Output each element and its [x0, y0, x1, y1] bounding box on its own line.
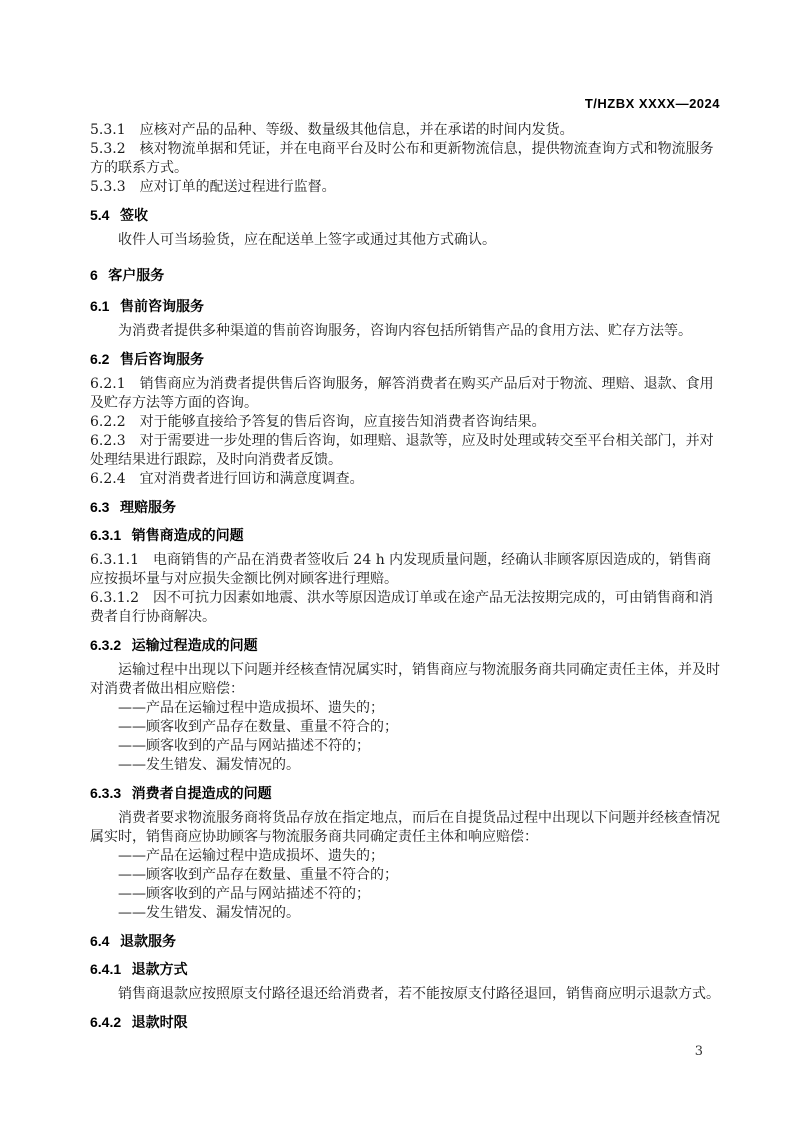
list-item: ——产品在运输过程中造成损坏、遗失的；: [90, 699, 720, 718]
clause-number: 6.3.1.2: [90, 590, 139, 606]
doc-code-header: T/HZBX XXXX—2024: [90, 96, 720, 112]
list-item: ——顾客收到的产品与网站描述不符的；: [90, 885, 720, 904]
heading-text: 签收: [120, 207, 148, 223]
clause-text: 应对订单的配送过程进行监督。: [140, 179, 336, 195]
list-item: ——发生错发、漏发情况的。: [90, 904, 720, 923]
para-5-4: 收件人可当场验货，应在配送单上签字或通过其他方式确认。: [90, 231, 720, 250]
heading-6-4-1: 6.4.1退款方式: [90, 960, 720, 979]
heading-6-3-2: 6.3.2运输过程造成的问题: [90, 636, 720, 655]
clause-6-3-1-2: 6.3.1.2因不可抗力因素如地震、洪水等原因造成订单或在途产品无法按期完成的，…: [90, 589, 720, 627]
para-6-3-3: 消费者要求物流服务商将货品存放在指定地点，而后在自提货品过程中出现以下问题并经核…: [90, 809, 720, 847]
heading-text: 客户服务: [108, 267, 164, 283]
clause-6-2-1: 6.2.1销售商应为消费者提供售后咨询服务，解答消费者在购买产品后对于物流、理赔…: [90, 375, 720, 413]
clause-number: 5.3.1: [90, 122, 126, 138]
heading-text: 退款时限: [132, 1014, 188, 1030]
clause-6-2-4: 6.2.4宜对消费者进行回访和满意度调查。: [90, 470, 720, 489]
heading-number: 6.3: [90, 499, 109, 515]
clause-number: 5.3.2: [90, 141, 126, 157]
heading-6-1: 6.1售前咨询服务: [90, 297, 720, 316]
heading-text: 理赔服务: [120, 499, 176, 515]
heading-text: 退款方式: [132, 961, 188, 977]
heading-number: 6.3.2: [90, 637, 121, 653]
clause-5-3-2: 5.3.2核对物流单据和凭证，并在电商平台及时公布和更新物流信息，提供物流查询方…: [90, 140, 720, 178]
para-6-3-2: 运输过程中出现以下问题并经核查情况属实时，销售商应与物流服务商共同确定责任主体，…: [90, 661, 720, 699]
heading-number: 6.3.3: [90, 785, 121, 801]
clause-6-2-3: 6.2.3对于需要进一步处理的售后咨询，如理赔、退款等，应及时处理或转交至平台相…: [90, 432, 720, 470]
clause-text: 电商销售的产品在消费者签收后 24 h 内发现质量问题，经确认非顾客原因造成的，…: [90, 552, 711, 587]
heading-6-4: 6.4退款服务: [90, 932, 720, 951]
clause-text: 销售商应为消费者提供售后咨询服务，解答消费者在购买产品后对于物流、理赔、退款、食…: [90, 376, 714, 411]
heading-number: 6.4.2: [90, 1014, 121, 1030]
heading-text: 运输过程造成的问题: [132, 637, 258, 653]
clause-text: 对于需要进一步处理的售后咨询，如理赔、退款等，应及时处理或转交至平台相关部门，并…: [90, 433, 714, 468]
list-item: ——顾客收到产品存在数量、重量不符合的；: [90, 866, 720, 885]
heading-6-3: 6.3理赔服务: [90, 498, 720, 517]
clause-text: 宜对消费者进行回访和满意度调查。: [140, 471, 364, 487]
heading-text: 退款服务: [120, 933, 176, 949]
heading-6: 6客户服务: [90, 266, 720, 285]
clause-number: 6.2.1: [90, 376, 126, 392]
clause-text: 因不可抗力因素如地震、洪水等原因造成订单或在途产品无法按期完成的，可由销售商和消…: [90, 590, 713, 625]
heading-number: 6.2: [90, 351, 109, 367]
heading-number: 6.4.1: [90, 961, 121, 977]
clause-number: 5.3.3: [90, 179, 126, 195]
heading-number: 5.4: [90, 207, 109, 223]
heading-text: 消费者自提造成的问题: [132, 785, 272, 801]
clause-5-3-1: 5.3.1应核对产品的品种、等级、数量级其他信息，并在承诺的时间内发货。: [90, 121, 720, 140]
clause-6-2-2: 6.2.2对于能够直接给予答复的售后咨询，应直接告知消费者咨询结果。: [90, 413, 720, 432]
heading-text: 销售商造成的问题: [132, 527, 244, 543]
para-6-4-1: 销售商退款应按照原支付路径退还给消费者，若不能按原支付路径退回，销售商应明示退款…: [90, 985, 720, 1004]
clause-text: 应核对产品的品种、等级、数量级其他信息，并在承诺的时间内发货。: [140, 122, 574, 138]
clause-6-3-1-1: 6.3.1.1电商销售的产品在消费者签收后 24 h 内发现质量问题，经确认非顾…: [90, 551, 720, 589]
clause-text: 对于能够直接给予答复的售后咨询，应直接告知消费者咨询结果。: [140, 414, 546, 430]
heading-6-2: 6.2售后咨询服务: [90, 350, 720, 369]
clause-5-3-3: 5.3.3应对订单的配送过程进行监督。: [90, 178, 720, 197]
heading-number: 6.1: [90, 298, 109, 314]
heading-text: 售后咨询服务: [120, 351, 204, 367]
clause-number: 6.2.2: [90, 414, 126, 430]
page-number: 3: [90, 1044, 720, 1060]
para-6-1: 为消费者提供多种渠道的售前咨询服务，咨询内容包括所销售产品的食用方法、贮存方法等…: [90, 322, 720, 341]
document-page: T/HZBX XXXX—2024 5.3.1应核对产品的品种、等级、数量级其他信…: [0, 0, 793, 1122]
clause-number: 6.2.3: [90, 433, 126, 449]
heading-6-3-3: 6.3.3消费者自提造成的问题: [90, 784, 720, 803]
clause-number: 6.2.4: [90, 471, 126, 487]
list-item: ——发生错发、漏发情况的。: [90, 756, 720, 775]
list-item: ——产品在运输过程中造成损坏、遗失的；: [90, 847, 720, 866]
heading-6-4-2: 6.4.2退款时限: [90, 1013, 720, 1032]
heading-5-4: 5.4签收: [90, 206, 720, 225]
heading-6-3-1: 6.3.1销售商造成的问题: [90, 526, 720, 545]
list-item: ——顾客收到的产品与网站描述不符的；: [90, 737, 720, 756]
heading-number: 6.4: [90, 933, 109, 949]
list-item: ——顾客收到产品存在数量、重量不符合的；: [90, 718, 720, 737]
heading-number: 6: [90, 267, 98, 283]
heading-text: 售前咨询服务: [120, 298, 204, 314]
heading-number: 6.3.1: [90, 527, 121, 543]
clause-text: 核对物流单据和凭证，并在电商平台及时公布和更新物流信息，提供物流查询方式和物流服…: [90, 141, 714, 176]
clause-number: 6.3.1.1: [90, 552, 139, 568]
